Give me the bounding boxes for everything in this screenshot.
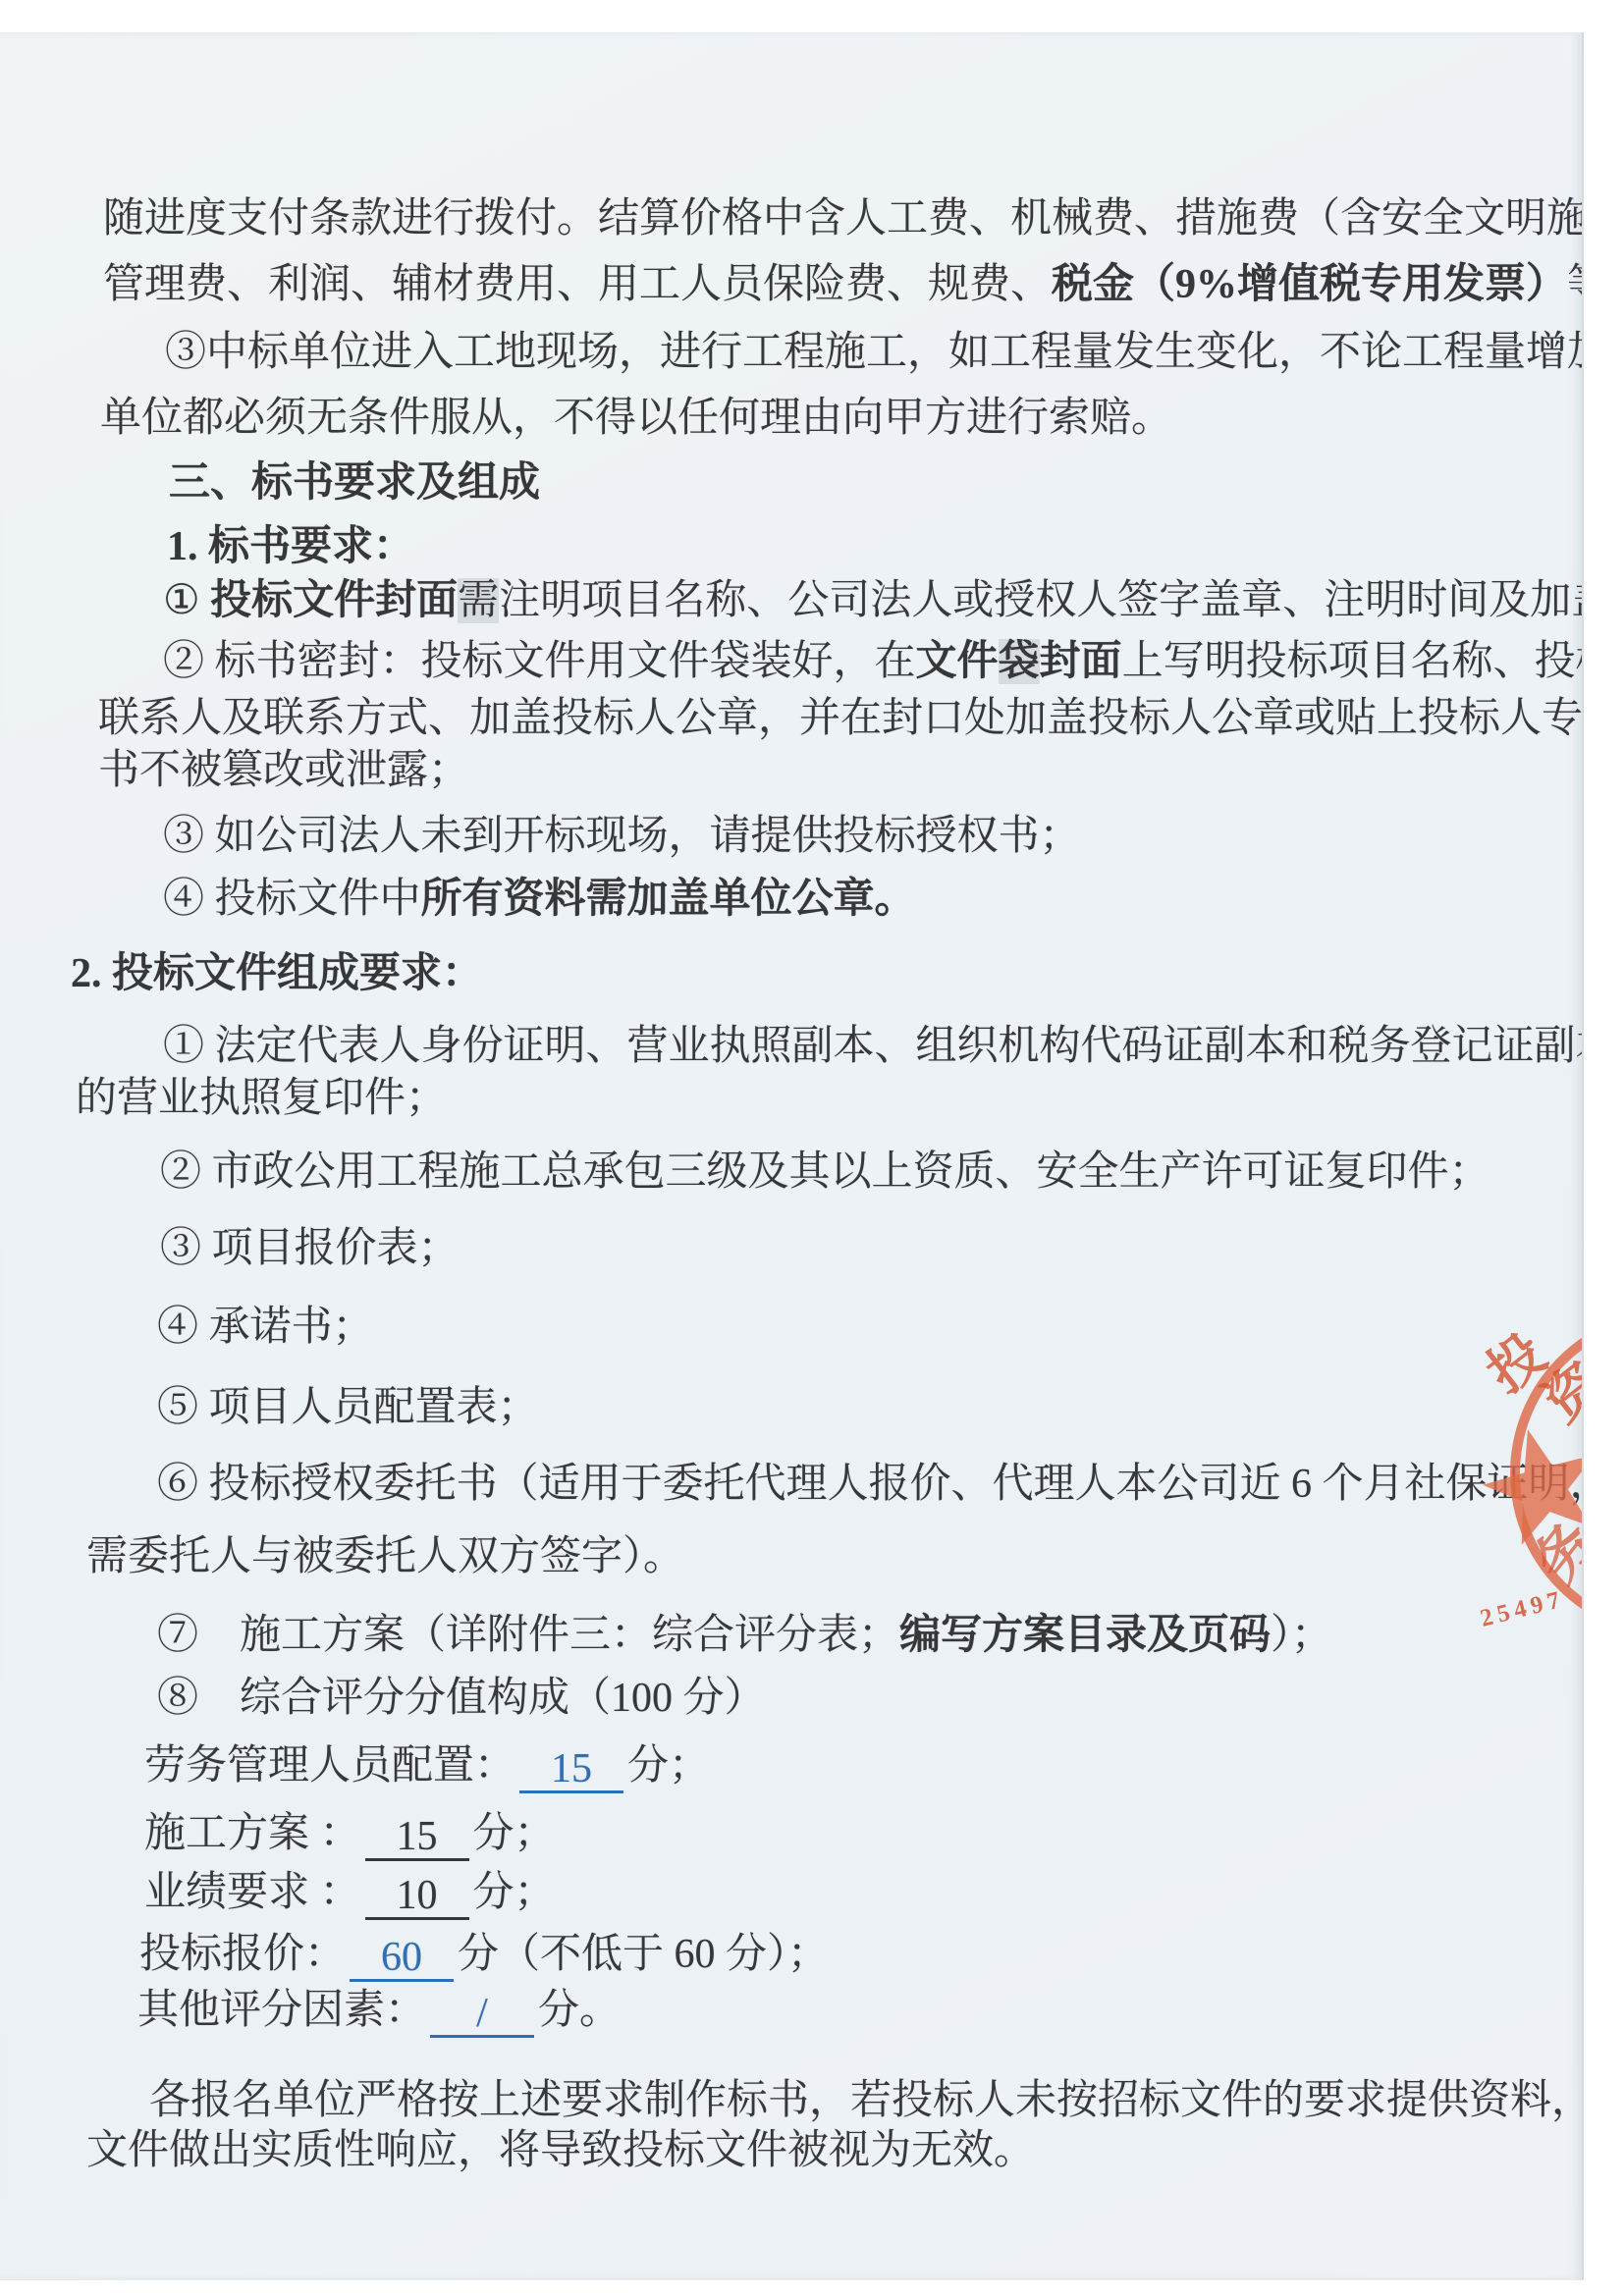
text-run: 需委托人与被委托人双方签字）。 bbox=[86, 1534, 684, 1579]
text-run: 管理费、利润、辅材费用、用工人员保险费、规费、 bbox=[103, 262, 1052, 307]
text-run: ⑧ 综合评分分值构成（100 分） bbox=[157, 1676, 766, 1721]
text-run: 所有资料需加盖单位公章。 bbox=[421, 877, 916, 922]
score-blank-field: 60 bbox=[350, 1936, 454, 1982]
text-line: ⑦ 施工方案（详附件三：综合评分表；编写方案目录及页码）； bbox=[157, 1608, 1332, 1663]
text-line: ⑧ 综合评分分值构成（100 分） bbox=[157, 1671, 766, 1726]
text-line: ③ 项目报价表； bbox=[160, 1221, 460, 1276]
text-run: ⑤ 项目人员配置表； bbox=[157, 1385, 539, 1430]
text-run: ④ 投标文件中 bbox=[163, 877, 421, 922]
text-line: ① 法定代表人身份证明、营业执照副本、组织机构代码证副本和税务登记证副本或三证合… bbox=[163, 1019, 1484, 1074]
score-blank-field: 15 bbox=[519, 1747, 623, 1793]
text-run: ③ 项目报价表； bbox=[160, 1226, 460, 1271]
text-line: 联系人及联系方式、加盖投标人公章，并在封口处加盖投标人公章或贴上投标人专用封条，… bbox=[98, 691, 1489, 746]
score-blank-field: 10 bbox=[365, 1874, 469, 1920]
official-seal-stamp: 投 资 务 25497 bbox=[1473, 1297, 1584, 1670]
text-run: 劳务管理人员配置： bbox=[144, 1743, 515, 1789]
text-line: 其他评分因素：/分。 bbox=[137, 1983, 621, 2038]
text-line: 随进度支付条款进行拨付。结算价格中含人工费、机械费、措施费（含安全文明施工费）、… bbox=[103, 191, 1489, 246]
text-line: ② 标书密封：投标文件用文件袋装好，在文件袋封面上写明投标项目名称、投标公司全称… bbox=[163, 634, 1489, 689]
text-run: 税金（9%增值税专用发票） bbox=[1052, 262, 1567, 307]
text-run: ④ 承诺书； bbox=[157, 1305, 374, 1350]
text-run: ）； bbox=[1271, 1613, 1332, 1658]
text-run: 上写明投标项目名称、投标公司全称、 bbox=[1122, 639, 1584, 684]
text-run: ① bbox=[163, 578, 210, 623]
text-line: ④ 承诺书； bbox=[157, 1300, 374, 1355]
text-line: ③ 如公司法人未到开标现场，请提供投标授权书； bbox=[163, 809, 1081, 864]
text-line: ⑤ 项目人员配置表； bbox=[157, 1380, 539, 1435]
text-line: ② 市政公用工程施工总承包三级及其以上资质、安全生产许可证复印件； bbox=[160, 1145, 1490, 1200]
text-run: 各报名单位严格按上述要求制作标书，若投标人未按招标文件的要求提供资料，或未对招标 bbox=[149, 2078, 1584, 2123]
text-line: ④ 投标文件中所有资料需加盖单位公章。 bbox=[163, 872, 916, 927]
text-run: ⑦ 施工方案（详附件三：综合评分表； bbox=[157, 1613, 899, 1658]
text-run: ① 法定代表人身份证明、营业执照副本、组织机构代码证副本和税务登记证副本或三证合… bbox=[163, 1024, 1584, 1069]
text-run: 联系人及联系方式、加盖投标人公章，并在封口处加盖投标人公章或贴上投标人专用封条，… bbox=[98, 696, 1584, 741]
document-text-layer: 随进度支付条款进行拨付。结算价格中含人工费、机械费、措施费（含安全文明施工费）、… bbox=[0, 32, 1582, 2280]
text-line: ⑥ 投标授权委托书（适用于委托代理人报价、代理人本公司近 6 个月社保证明，授权… bbox=[157, 1457, 1489, 1512]
text-run: 单位都必须无条件服从，不得以任何理由向甲方进行索赔。 bbox=[100, 396, 1172, 441]
text-line: ③中标单位进入工地现场，进行工程施工，如工程量发生变化，不论工程量增加或减少，中… bbox=[165, 325, 1489, 380]
text-run: 等一切费用。 bbox=[1567, 262, 1584, 307]
text-line: 施工方案 ：15分； bbox=[144, 1806, 556, 1861]
text-line: 1. 标书要求： bbox=[167, 519, 414, 574]
score-blank-field: 15 bbox=[365, 1815, 469, 1861]
text-run: 书不被篡改或泄露； bbox=[98, 748, 469, 793]
text-run: 分（不低于 60 分）； bbox=[458, 1932, 829, 1977]
paper: 随进度支付条款进行拨付。结算价格中含人工费、机械费、措施费（含安全文明施工费）、… bbox=[0, 32, 1584, 2280]
text-run: 业绩要求 ： bbox=[144, 1870, 361, 1915]
text-line: 的营业执照复印件； bbox=[76, 1071, 447, 1126]
text-line: 三、标书要求及组成 bbox=[169, 455, 540, 510]
text-run: ③ 如公司法人未到开标现场，请提供投标授权书； bbox=[163, 814, 1081, 859]
text-line: 投标报价：60分（不低于 60 分）； bbox=[139, 1927, 829, 1982]
text-run: 投标文件封面 bbox=[210, 578, 458, 623]
text-line: 需委托人与被委托人双方签字）。 bbox=[86, 1529, 684, 1584]
text-run: ② 标书密封：投标文件用文件袋装好，在 bbox=[163, 639, 916, 684]
text-run: 三、标书要求及组成 bbox=[169, 460, 540, 506]
text-run: 需 bbox=[458, 578, 499, 623]
text-run: 投标报价： bbox=[139, 1932, 346, 1977]
text-run: ⑥ 投标授权委托书（适用于委托代理人报价、代理人本公司近 6 个月社保证明，授权… bbox=[157, 1462, 1584, 1507]
text-line: 各报名单位严格按上述要求制作标书，若投标人未按招标文件的要求提供资料，或未对招标 bbox=[149, 2073, 1485, 2128]
text-run: 袋 bbox=[999, 639, 1040, 684]
text-run: ③中标单位进入工地现场，进行工程施工，如工程量发生变化，不论工程量增加或减少，中… bbox=[165, 330, 1584, 375]
text-line: ① 投标文件封面需注明项目名称、公司法人或授权人签字盖章、注明时间及加盖投标人公… bbox=[163, 573, 1489, 628]
text-run: 2. 投标文件组成要求： bbox=[71, 951, 483, 996]
text-run: 随进度支付条款进行拨付。结算价格中含人工费、机械费、措施费（含安全文明施工费）、… bbox=[103, 196, 1584, 241]
text-line: 单位都必须无条件服从，不得以任何理由向甲方进行索赔。 bbox=[100, 391, 1172, 446]
text-run: 分。 bbox=[538, 1988, 621, 2033]
text-run: 注明项目名称、公司法人或授权人签字盖章、注明时间及加盖投标人公章； bbox=[499, 578, 1584, 623]
text-run: 编写方案目录及页码 bbox=[899, 1613, 1271, 1658]
text-run: 分； bbox=[627, 1743, 710, 1789]
text-run: 的营业执照复印件； bbox=[76, 1076, 447, 1121]
text-line: 劳务管理人员配置：15分； bbox=[144, 1738, 710, 1793]
text-run: 施工方案 ： bbox=[144, 1811, 361, 1856]
text-line: 业绩要求 ：10分； bbox=[144, 1865, 556, 1920]
scanned-page-canvas: 随进度支付条款进行拨付。结算价格中含人工费、机械费、措施费（含安全文明施工费）、… bbox=[0, 0, 1624, 2296]
text-run: 其他评分因素： bbox=[137, 1988, 426, 2033]
text-line: 文件做出实质性响应，将导致投标文件被视为无效。 bbox=[86, 2123, 1035, 2178]
text-run: 文件 bbox=[916, 639, 999, 684]
text-run: 1. 标书要求： bbox=[167, 524, 414, 569]
text-run: 分； bbox=[473, 1870, 556, 1915]
text-line: 书不被篡改或泄露； bbox=[98, 743, 469, 798]
text-line: 2. 投标文件组成要求： bbox=[71, 946, 483, 1001]
text-run: 封面 bbox=[1040, 639, 1122, 684]
score-blank-field: / bbox=[430, 1992, 534, 2038]
text-line: 管理费、利润、辅材费用、用工人员保险费、规费、税金（9%增值税专用发票）等一切费… bbox=[103, 257, 1584, 312]
stamp-serial-number: 25497 bbox=[1478, 1585, 1567, 1631]
text-run: 分； bbox=[473, 1811, 556, 1856]
text-run: ② 市政公用工程施工总承包三级及其以上资质、安全生产许可证复印件； bbox=[160, 1149, 1490, 1195]
text-run: 文件做出实质性响应，将导致投标文件被视为无效。 bbox=[86, 2128, 1035, 2173]
